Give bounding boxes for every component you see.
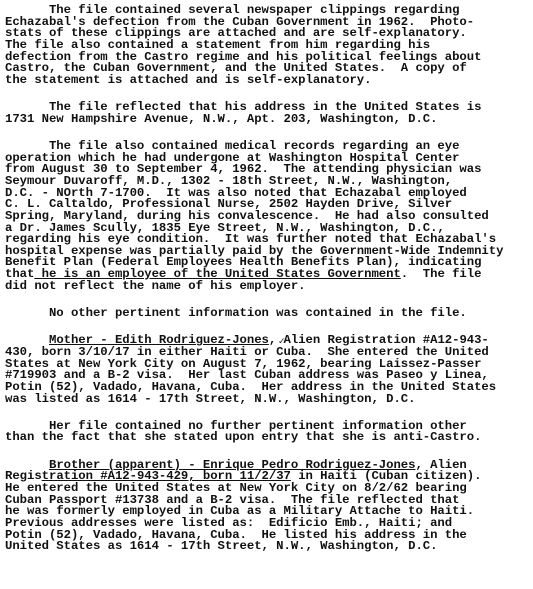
paragraph-gap [5, 444, 530, 456]
paragraph-no-other: No other pertinent information was conta… [5, 308, 530, 320]
text-line: than the fact that she stated upon entry… [5, 432, 530, 444]
paragraph-gap [5, 292, 530, 304]
document-page: The file contained several newspaper cli… [5, 5, 530, 553]
paragraph-brother: Brother (apparent) - Enrique Pedro Rodri… [5, 460, 530, 553]
paragraph-mother-file: Her file contained no further pertinent … [5, 421, 530, 444]
paragraph-medical: The file also contained medical records … [5, 141, 530, 292]
text-line: 1731 New Hampshire Avenue, N.W., Apt. 20… [5, 114, 530, 126]
text-line: United States as 1614 - 17th Street, N.W… [5, 541, 530, 553]
paragraph-gap [5, 405, 530, 417]
text-line: was listed as 1614 - 17th Street, N.W., … [5, 394, 530, 406]
paragraph-mother: Mother - Edith Rodriguez-Jones, Alien Re… [5, 335, 530, 405]
text-line: No other pertinent information was conta… [5, 308, 530, 320]
paragraph-gap [5, 320, 530, 332]
text-segment: . The file [401, 267, 482, 281]
check-mark-icon: ✓ [278, 337, 286, 347]
text-line: the statement is attached and is self-ex… [5, 75, 530, 87]
paragraph-gap [5, 86, 530, 98]
text-line: did not reflect the name of his employer… [5, 281, 530, 293]
paragraph-gap [5, 125, 530, 137]
paragraph-address: The file reflected that his address in t… [5, 102, 530, 125]
paragraph-clippings: The file contained several newspaper cli… [5, 5, 530, 86]
